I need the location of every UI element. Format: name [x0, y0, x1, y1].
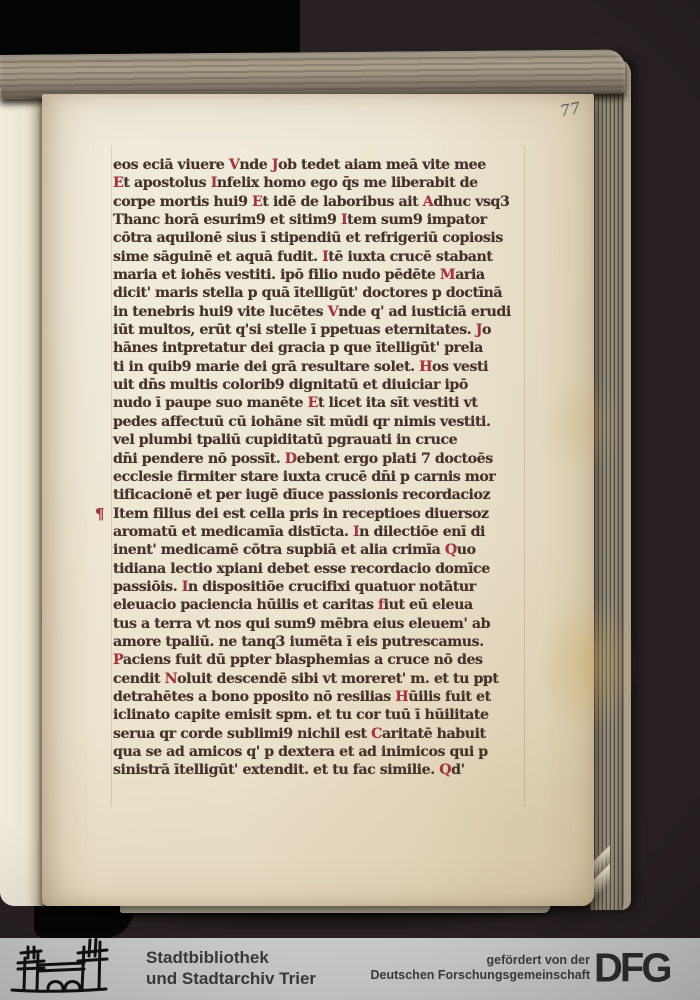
- rubricated-letter: Q: [445, 542, 457, 558]
- manuscript-line: uit dn̄s multis colorib9 dignitatū et di…: [113, 376, 533, 394]
- manuscript-line: ecclesie firmiter stare iuxta crucē dn̄i…: [113, 468, 533, 486]
- manuscript-line: Thanc horā esurim9 et sitim9 Item sum9 i…: [113, 211, 533, 229]
- manuscript-line: nudo ī paupe suo manēte Et licet ita sīt…: [113, 394, 533, 412]
- manuscript-line: Paciens fuit dū ppter blasphemias a cruc…: [113, 651, 533, 669]
- funding-credit: gefördert von der Deutschen Forschungsge…: [371, 953, 591, 983]
- rubricated-letter: J: [272, 157, 278, 173]
- rubricated-letter: V: [328, 304, 339, 320]
- rubricated-letter: E: [113, 175, 123, 191]
- manuscript-line: vel plumbi tpaliū cupiditatū pgrauati in…: [113, 431, 533, 449]
- rubricated-letter: I: [353, 524, 359, 540]
- left-page-edge: [0, 88, 46, 906]
- manuscript-line: cōtra aquilonē sius ī stipendiū et refri…: [113, 229, 533, 247]
- library-name: Stadtbibliothek und Stadtarchiv Trier: [146, 947, 316, 989]
- manuscript-line: iclinato capite emisit spm. et tu cor tu…: [113, 706, 533, 724]
- manuscript-line: maria et iohēs vestiti. ipō filio nudo p…: [113, 266, 533, 284]
- manuscript-line: dn̄i pendere nō possīt. Debent ergo plat…: [113, 450, 533, 468]
- rubricated-letter: A: [423, 194, 434, 210]
- manuscript-line: serua qr corde sublimi9 nichil est Carit…: [113, 725, 533, 743]
- dfg-logo: DFG: [594, 943, 698, 994]
- rubricated-letter: P: [113, 652, 123, 668]
- rubricated-letter: H: [419, 359, 432, 375]
- library-name-line1: Stadtbibliothek: [146, 947, 316, 968]
- manuscript-line: eleuacio paciencia hūilis et caritas fiu…: [113, 596, 533, 614]
- manuscript-line: sinistrā ītelligūt' extendit. et tu fac …: [113, 761, 533, 779]
- manuscript-line: tus a terra vt nos qui sum9 mēbra eius e…: [113, 615, 533, 633]
- footer-bar: Stadtbibliothek und Stadtarchiv Trier ge…: [0, 938, 700, 1000]
- rubricated-letter: M: [440, 267, 455, 283]
- manuscript-line: in tenebris hui9 vite lucētes Vnde q' ad…: [113, 303, 533, 321]
- rubricated-letter: C: [371, 726, 382, 742]
- rubricated-letter: Q: [439, 762, 451, 778]
- text-block: eos eciā viuere Vnde Job tedet aiam meā …: [113, 156, 533, 780]
- paragraph-mark: ¶: [95, 505, 104, 523]
- manuscript-line: ¶Item filius dei est cella pris in recep…: [113, 505, 533, 523]
- manuscript-line: tidiana lectio xpiani debet esse recorda…: [113, 560, 533, 578]
- ruling-line-left: [111, 146, 112, 806]
- folio-number: 77: [558, 98, 582, 121]
- manuscript-line: sime sāguinē et aquā fudit. Itē iuxta cr…: [113, 248, 533, 266]
- manuscript-line: detrahētes a bono pposito nō resilias Hū…: [113, 688, 533, 706]
- rubricated-letter: I: [341, 212, 347, 228]
- fore-edge-pages: [590, 58, 631, 910]
- recto-page: 77 eos eciā viuere Vnde Job tedet aiam m…: [42, 94, 594, 906]
- manuscript-line: corpe mortis hui9 Et idē de laboribus ai…: [113, 193, 533, 211]
- rubricated-letter: I: [211, 175, 217, 191]
- manuscript-line: cendit Noluit descendē sibi vt moreret' …: [113, 670, 533, 688]
- manuscript-line: pedes affectuū cū iohāne sīt mūdi qr nim…: [113, 413, 533, 431]
- rubricated-letter: E: [308, 395, 318, 411]
- rubricated-letter: H: [395, 689, 408, 705]
- rubricated-letter: I: [322, 249, 328, 265]
- manuscript-line: dicit' maris stella p quā ītelligūt' doc…: [113, 284, 533, 302]
- parchment-stain: [542, 374, 622, 474]
- rubricated-letter: I: [182, 579, 188, 595]
- library-logo-porta-nigra-icon: [8, 938, 140, 998]
- rubricated-letter: D: [285, 451, 297, 467]
- rubricated-letter: E: [252, 194, 262, 210]
- book: 77 eos eciā viuere Vnde Job tedet aiam m…: [0, 0, 700, 940]
- manuscript-line: eos eciā viuere Vnde Job tedet aiam meā …: [113, 156, 533, 174]
- manuscript-line: qua se ad amicos q' p dextera et ad inim…: [113, 743, 533, 761]
- rubricated-letter: N: [165, 671, 178, 687]
- manuscript-line: iūt multos, erūt q'si stelle ī ppetuas e…: [113, 321, 533, 339]
- parchment-stain: [538, 594, 638, 734]
- manuscript-line: aromatū et medicamīa distīcta. In dilect…: [113, 523, 533, 541]
- manuscript-line: ti in quib9 marie dei grā resultare sole…: [113, 358, 533, 376]
- manuscript-photo: 77 eos eciā viuere Vnde Job tedet aiam m…: [0, 0, 700, 1000]
- library-name-line2: und Stadtarchiv Trier: [146, 968, 316, 989]
- funding-line1: gefördert von der: [371, 953, 591, 968]
- manuscript-line: tificacionē et per iugē dīuce passionis …: [113, 486, 533, 504]
- rubricated-letter: J: [476, 322, 482, 338]
- book-top-edge: [0, 49, 625, 98]
- rubricated-letter: f: [378, 597, 384, 613]
- manuscript-line: amore tpaliū. ne tanq3 iumēta ī eis putr…: [113, 633, 533, 651]
- rubricated-letter: V: [229, 157, 240, 173]
- manuscript-line: Et apostolus Infelix homo ego q̄s me lib…: [113, 174, 533, 192]
- manuscript-line: inent' medicamē cōtra supbiā et alia cri…: [113, 541, 533, 559]
- funding-line2: Deutschen Forschungsgemeinschaft: [371, 968, 591, 983]
- manuscript-line: passiōis. In dispositiōe crucifixi quatu…: [113, 578, 533, 596]
- manuscript-line: hānes intpretatur dei gracia p que ītell…: [113, 339, 533, 357]
